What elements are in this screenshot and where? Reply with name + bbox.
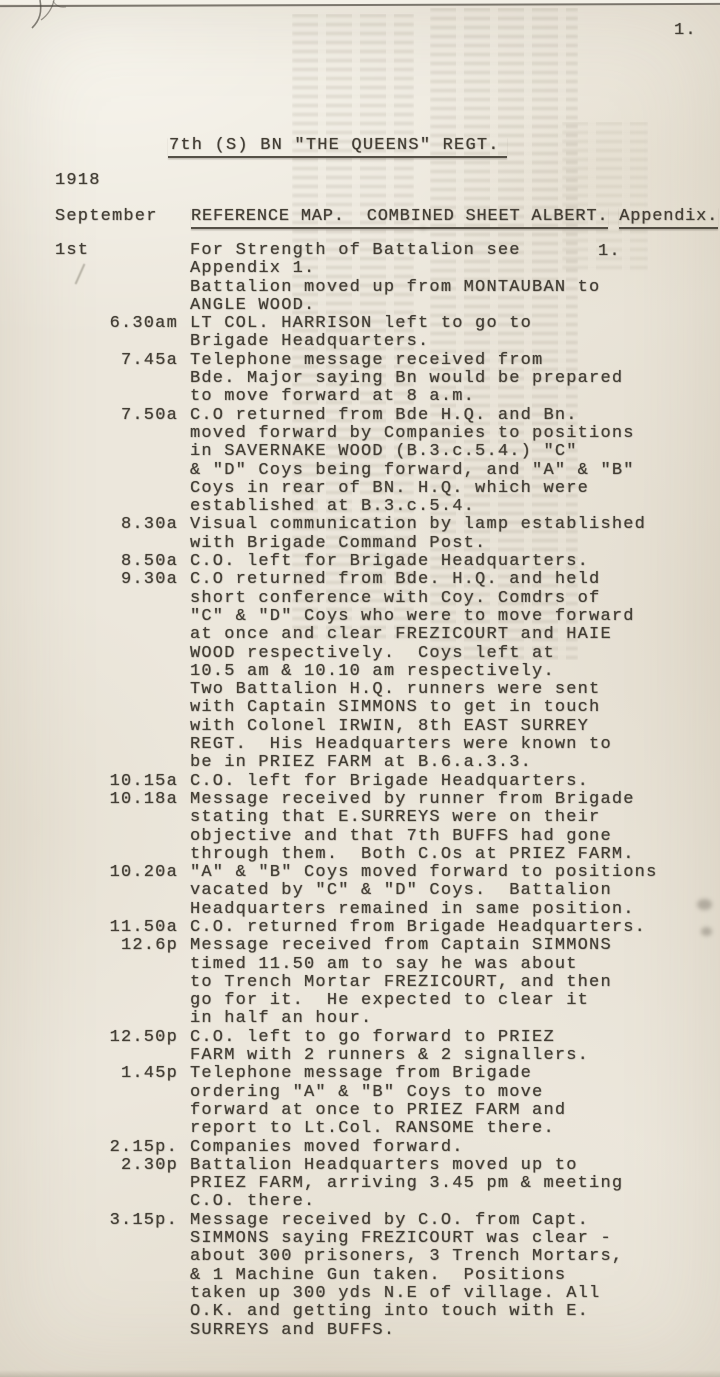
entry-text: Message received by runner from Brigade …: [190, 791, 720, 864]
diary-entry: 1.45pTelephone message from Brigade orde…: [0, 1065, 720, 1138]
document-title-text: 7th (S) BN "THE QUEENS" REGT.: [168, 137, 507, 158]
entry-text: For Strength of Battalion see Appendix 1…: [190, 242, 720, 315]
entry-text: "A" & "B" Coys moved forward to position…: [190, 864, 720, 919]
document-title: 7th (S) BN "THE QUEENS" REGT.: [168, 137, 507, 158]
entry-text: C.O. left for Brigade Headquarters.: [190, 773, 720, 791]
entry-text: Telephone message received from Bde. Maj…: [190, 352, 720, 407]
entry-text: Companies moved forward.: [190, 1139, 720, 1157]
entry-time: 8.30a: [0, 516, 178, 534]
diary-entry: 2.15p.Companies moved forward.: [0, 1139, 720, 1157]
diary-entry: 9.30aC.O returned from Bde. H.Q. and hel…: [0, 571, 720, 772]
month-label: September: [55, 208, 158, 226]
entry-time: 9.30a: [0, 571, 178, 589]
year-label: 1918: [55, 172, 101, 190]
entry-text: Message received by C.O. from Capt. SIMM…: [190, 1212, 720, 1340]
diary-entry: 1stFor Strength of Battalion see Appendi…: [0, 242, 720, 315]
entry-time: 3.15p.: [0, 1212, 178, 1230]
entry-text: Telephone message from Brigade ordering …: [190, 1065, 720, 1138]
entry-time: 7.45a: [0, 352, 178, 370]
entry-time: 8.50a: [0, 553, 178, 571]
diary-entries: 1stFor Strength of Battalion see Appendi…: [0, 242, 720, 1340]
page-bottom-edge: [0, 1370, 720, 1377]
entry-time: 7.50a: [0, 407, 178, 425]
reference-map-note: REFERENCE MAP. COMBINED SHEET ALBERT. Ap…: [191, 208, 718, 226]
entry-time: 11.50a: [0, 919, 178, 937]
diary-entry: 12.50pC.O. left to go forward to PRIEZ F…: [0, 1029, 720, 1066]
diary-entry: 11.50aC.O. returned from Brigade Headqua…: [0, 919, 720, 937]
entry-date: 1st: [55, 242, 89, 260]
diary-entry: 10.18aMessage received by runner from Br…: [0, 791, 720, 864]
diary-entry: 8.50aC.O. left for Brigade Headquarters.: [0, 553, 720, 571]
pen-mark: [18, 0, 88, 46]
war-diary-page: 1. 7th (S) BN "THE QUEENS" REGT. 1918 Se…: [0, 0, 720, 1377]
entry-margin-note: 1.: [598, 243, 621, 261]
entry-text: C.O returned from Bde H.Q. and Bn. moved…: [190, 407, 720, 517]
entry-time: 2.15p.: [0, 1139, 178, 1157]
diary-entry: 10.20a"A" & "B" Coys moved forward to po…: [0, 864, 720, 919]
entry-time: 12.6p: [0, 937, 178, 955]
diary-entry: 2.30pBattalion Headquarters moved up to …: [0, 1157, 720, 1212]
entry-time: 2.30p: [0, 1157, 178, 1175]
entry-text: LT COL. HARRISON left to go to Brigade H…: [190, 315, 720, 352]
entry-time: 12.50p: [0, 1029, 178, 1047]
entry-text: Message received from Captain SIMMONS ti…: [190, 937, 720, 1028]
diary-entry: 7.50aC.O returned from Bde H.Q. and Bn. …: [0, 407, 720, 517]
entry-time: 10.20a: [0, 864, 178, 882]
diary-entry: 8.30aVisual communication by lamp establ…: [0, 516, 720, 553]
diary-entry: 7.45aTelephone message received from Bde…: [0, 352, 720, 407]
diary-entry: 3.15p.Message received by C.O. from Capt…: [0, 1212, 720, 1340]
diary-entry: 10.15aC.O. left for Brigade Headquarters…: [0, 773, 720, 791]
reference-appendix-text: Appendix.: [619, 207, 718, 229]
entry-time: 6.30am: [0, 315, 178, 333]
entry-text: C.O returned from Bde. H.Q. and held sho…: [190, 571, 720, 772]
diary-entry: 12.6pMessage received from Captain SIMMO…: [0, 937, 720, 1028]
entry-time: 10.18a: [0, 791, 178, 809]
entry-text: Battalion Headquarters moved up to PRIEZ…: [190, 1157, 720, 1212]
reference-map-text: REFERENCE MAP. COMBINED SHEET ALBERT.: [191, 207, 608, 229]
entry-time: 10.15a: [0, 773, 178, 791]
entry-text: C.O. left for Brigade Headquarters.: [190, 553, 720, 571]
entry-time: 1.45p: [0, 1065, 178, 1083]
entry-text: C.O. left to go forward to PRIEZ FARM wi…: [190, 1029, 720, 1066]
entry-text: C.O. returned from Brigade Headquarters.: [190, 919, 720, 937]
page-number: 1.: [674, 22, 697, 40]
entry-text: Visual communication by lamp established…: [190, 516, 720, 553]
diary-entry: 6.30amLT COL. HARRISON left to go to Bri…: [0, 315, 720, 352]
